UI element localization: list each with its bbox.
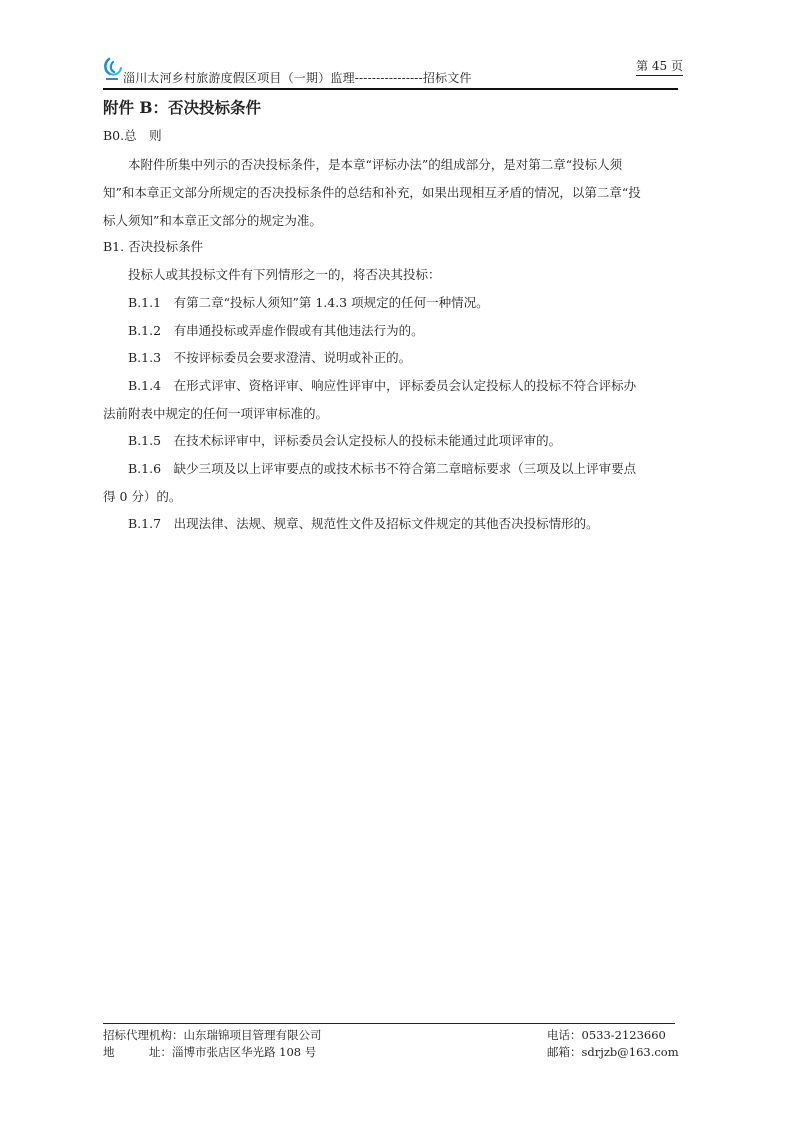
- list-item-b-1-2: B.1.2 有串通投标或弄虚作假或有其他违法行为的。: [128, 321, 424, 339]
- section-title: 附件 B：否决投标条件: [103, 96, 261, 118]
- header-divider: [103, 88, 678, 90]
- email-value: sdrjzb@163.com: [582, 1045, 679, 1059]
- footer-address: 地 址：淄博市张店区华光路 108 号: [103, 1044, 316, 1060]
- page-header: 淄川太河乡村旅游度假区项目（一期）监理----------------招标文件 …: [103, 52, 675, 90]
- list-item-continuation: 得 0 分）的。: [103, 487, 181, 505]
- company-logo-icon: [103, 56, 125, 82]
- item-text: 在形式评审、资格评审、响应性评审中，评标委员会认定投标人的投标不符合评标办: [174, 378, 637, 393]
- email-label: 邮箱：: [547, 1045, 582, 1059]
- b0-paragraph-line: 标人须知”和本章正文部分的规定为准。: [103, 211, 322, 229]
- document-header-title: 淄川太河乡村旅游度假区项目（一期）监理----------------招标文件: [123, 69, 472, 86]
- item-number: B.1.4: [128, 378, 161, 393]
- b0-paragraph-line: 本附件所集中列示的否决投标条件，是本章“评标办法”的组成部分，是对第二章“投标人…: [128, 155, 622, 173]
- list-item-b-1-4: B.1.4 在形式评审、资格评审、响应性评审中，评标委员会认定投标人的投标不符合…: [128, 376, 636, 394]
- list-item-b-1-6: B.1.6 缺少三项及以上评审要点的或技术标书不符合第二章暗标要求（三项及以上评…: [128, 459, 636, 477]
- item-text: 在技术标评审中，评标委员会认定投标人的投标未能通过此项评审的。: [174, 433, 562, 448]
- list-item-b-1-3: B.1.3 不按评标委员会要求澄清、说明或补正的。: [128, 348, 411, 366]
- agency-label: 招标代理机构：: [103, 1028, 184, 1042]
- item-text: 有第二章“投标人须知”第 1.4.3 项规定的任何一种情况。: [174, 295, 489, 310]
- item-number: B.1.7: [128, 516, 161, 531]
- address-value: 淄博市张店区华光路 108 号: [172, 1045, 316, 1059]
- item-number: B.1.2: [128, 323, 161, 338]
- list-item-continuation: 法前附表中规定的任何一项评审标准的。: [103, 404, 328, 422]
- b1-intro: 投标人或其投标文件有下列情形之一的，将否决其投标：: [128, 265, 441, 283]
- item-text: 不按评标委员会要求澄清、说明或补正的。: [174, 350, 412, 365]
- footer-divider: [103, 1023, 675, 1024]
- footer-phone: 电话：0533-2123660: [547, 1027, 666, 1043]
- page-number: 第 45 页: [636, 57, 683, 76]
- b1-heading: B1. 否决投标条件: [103, 237, 203, 255]
- item-number: B.1.5: [128, 433, 161, 448]
- phone-label: 电话：: [547, 1028, 582, 1042]
- item-number: B.1.1: [128, 295, 161, 310]
- item-text: 缺少三项及以上评审要点的或技术标书不符合第二章暗标要求（三项及以上评审要点: [174, 461, 637, 476]
- list-item-b-1-7: B.1.7 出现法律、法规、规章、规范性文件及招标文件规定的其他否决投标情形的。: [128, 514, 599, 532]
- item-number: B.1.3: [128, 350, 161, 365]
- agency-value: 山东瑞锦项目管理有限公司: [184, 1028, 322, 1042]
- phone-value: 0533-2123660: [582, 1028, 666, 1042]
- item-text: 出现法律、法规、规章、规范性文件及招标文件规定的其他否决投标情形的。: [174, 516, 599, 531]
- b0-paragraph-line: 知”和本章正文部分所规定的否决投标条件的总结和补充，如果出现相互矛盾的情况，以第…: [103, 183, 641, 201]
- list-item-b-1-5: B.1.5 在技术标评审中，评标委员会认定投标人的投标未能通过此项评审的。: [128, 431, 561, 449]
- address-label: 地 址：: [103, 1045, 172, 1059]
- footer-agency: 招标代理机构：山东瑞锦项目管理有限公司: [103, 1027, 322, 1043]
- b0-heading: B0.总 则: [103, 126, 162, 144]
- item-number: B.1.6: [128, 461, 161, 476]
- item-text: 有串通投标或弄虚作假或有其他违法行为的。: [174, 323, 424, 338]
- list-item-b-1-1: B.1.1 有第二章“投标人须知”第 1.4.3 项规定的任何一种情况。: [128, 293, 489, 311]
- footer-email: 邮箱：sdrjzb@163.com: [547, 1044, 679, 1060]
